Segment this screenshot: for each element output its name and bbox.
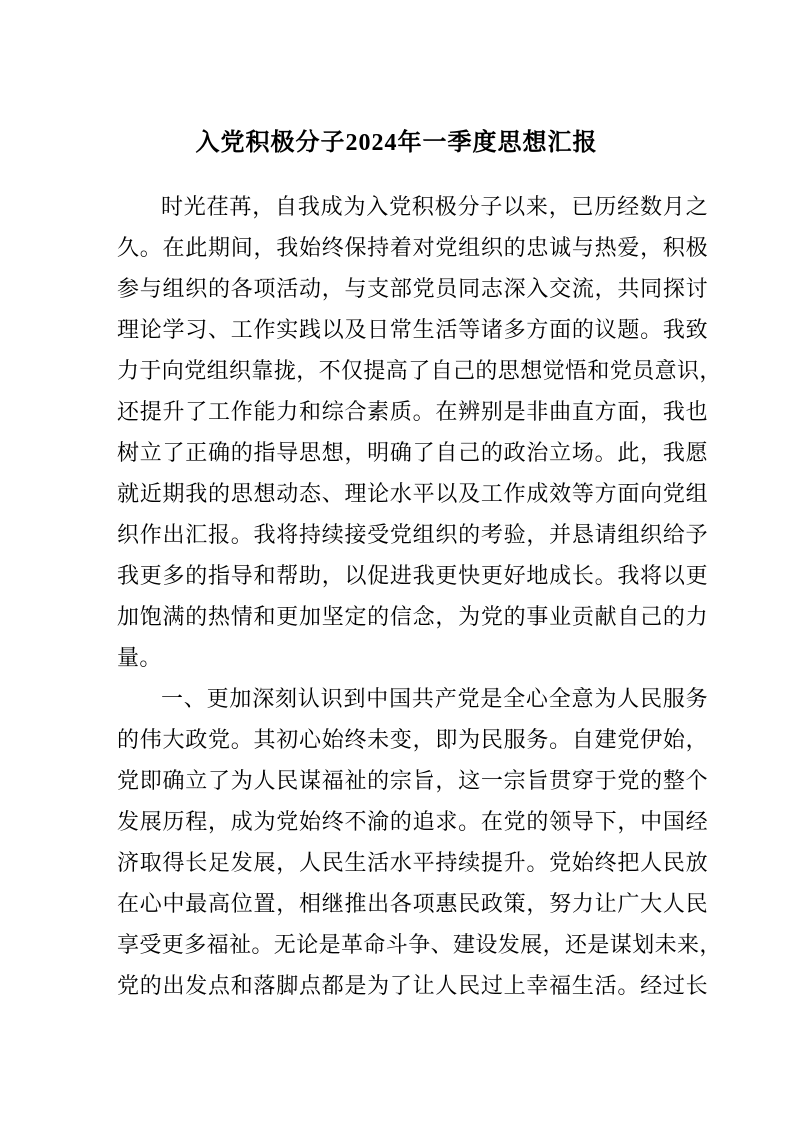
text-line: 力于向党组织靠拢，不仅提高了自己的思想觉悟和党员意识， xyxy=(117,350,708,391)
text-line: 一、更加深刻认识到中国共产党是全心全意为人民服务 xyxy=(117,678,708,719)
text-line: 树立了正确的指导思想，明确了自己的政治立场。此，我愿 xyxy=(117,432,708,473)
text-line: 参与组织的各项活动，与支部党员同志深入交流，共同探讨 xyxy=(117,268,708,309)
document-page: 入党积极分子2024年一季度思想汇报 时光荏苒，自我成为入党积极分子以来，已历经… xyxy=(0,0,793,1122)
text-line: 量。 xyxy=(117,637,708,678)
text-line: 还提升了工作能力和综合素质。在辨别是非曲直方面，我也 xyxy=(117,391,708,432)
text-line: 我更多的指导和帮助，以促进我更快更好地成长。我将以更 xyxy=(117,555,708,596)
text-line: 加饱满的热情和更加坚定的信念，为党的事业贡献自己的力 xyxy=(117,596,708,637)
text-line: 党的出发点和落脚点都是为了让人民过上幸福生活。经过长 xyxy=(117,965,708,1006)
document-title: 入党积极分子2024年一季度思想汇报 xyxy=(0,126,793,160)
text-line: 的伟大政党。其初心始终未变，即为民服务。自建党伊始， xyxy=(117,719,708,760)
text-line: 理论学习、工作实践以及日常生活等诸多方面的议题。我致 xyxy=(117,309,708,350)
text-line: 济取得长足发展，人民生活水平持续提升。党始终把人民放 xyxy=(117,842,708,883)
text-line: 织作出汇报。我将持续接受党组织的考验，并恳请组织给予 xyxy=(117,514,708,555)
text-line: 时光荏苒，自我成为入党积极分子以来，已历经数月之 xyxy=(117,186,708,227)
text-line: 发展历程，成为党始终不渝的追求。在党的领导下，中国经 xyxy=(117,801,708,842)
text-line: 享受更多福祉。无论是革命斗争、建设发展，还是谋划未来， xyxy=(117,924,708,965)
text-line: 在心中最高位置，相继推出各项惠民政策，努力让广大人民 xyxy=(117,883,708,924)
text-line: 久。在此期间，我始终保持着对党组织的忠诚与热爱，积极 xyxy=(117,227,708,268)
text-line: 就近期我的思想动态、理论水平以及工作成效等方面向党组 xyxy=(117,473,708,514)
text-line: 党即确立了为人民谋福祉的宗旨，这一宗旨贯穿于党的整个 xyxy=(117,760,708,801)
document-body: 时光荏苒，自我成为入党积极分子以来，已历经数月之 久。在此期间，我始终保持着对党… xyxy=(117,186,708,1006)
